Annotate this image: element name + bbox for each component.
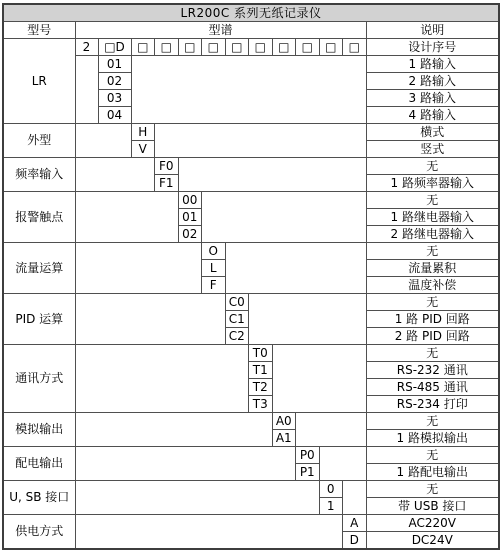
spec-row: 配电输出P0无 [3,447,499,464]
spectrum-filler [75,294,225,345]
spec-row: 011 路输入 [3,56,499,73]
section-label: 外型 [3,124,75,158]
code-cell: T1 [249,362,273,379]
description-cell: 1 路频率器输入 [366,175,499,192]
spectrum-filler [272,345,366,413]
description-cell: 4 路输入 [366,107,499,124]
section-label: 配电输出 [3,447,75,481]
design-square-cell: □ [178,39,202,56]
code-cell: 0 [319,481,343,498]
code-cell: 00 [178,192,202,209]
code-cell: O [202,243,226,260]
spectrum-filler [155,124,367,158]
title-row: LR200C 系列无纸记录仪 [3,4,499,22]
header-spectrum: 型谱 [75,22,366,39]
code-cell: V [131,141,155,158]
code-cell: 01 [178,209,202,226]
code-cell: A0 [272,413,296,430]
description-cell: 2 路输入 [366,73,499,90]
description-cell: 2 路 PID 回路 [366,328,499,345]
design-square-cell: □ [319,39,343,56]
description-cell: RS-485 通讯 [366,379,499,396]
section-label: 频率输入 [3,158,75,192]
description-cell: 无 [366,413,499,430]
section-label: 流量运算 [3,243,75,294]
code-cell: F0 [155,158,179,175]
description-cell: RS-234 打印 [366,396,499,413]
code-cell: A1 [272,430,296,447]
code-cell: 04 [98,107,131,124]
description-cell: 流量累积 [366,260,499,277]
spec-row: PID 运算C0无 [3,294,499,311]
section-label: U, SB 接口 [3,481,75,515]
description-cell: 无 [366,481,499,498]
model-spec-table: LR200C 系列无纸记录仪 型号 型谱 说明 LR2□D□□□□□□□□□□设… [2,3,500,550]
code-cell: F [202,277,226,294]
design-square-cell: □ [202,39,226,56]
section-label: 报警触点 [3,192,75,243]
description-cell: 温度补偿 [366,277,499,294]
spectrum-filler [131,56,366,124]
description-cell: 设计序号 [366,39,499,56]
spec-row: 报警触点00无 [3,192,499,209]
spectrum-filler [75,192,178,243]
code-cell: T0 [249,345,273,362]
spectrum-filler [75,515,343,550]
spectrum-filler [75,447,296,481]
code-cell: F1 [155,175,179,192]
spectrum-filler [75,413,272,447]
code-cell: L [202,260,226,277]
description-cell: 1 路模拟输出 [366,430,499,447]
description-cell: 2 路继电器输入 [366,226,499,243]
spec-row: 外型H横式 [3,124,499,141]
design-d-cell: □D [98,39,131,56]
page: LR200C 系列无纸记录仪 型号 型谱 说明 LR2□D□□□□□□□□□□设… [0,0,502,553]
description-cell: 无 [366,345,499,362]
code-cell: P0 [296,447,320,464]
spectrum-filler [178,158,366,192]
description-cell: 竖式 [366,141,499,158]
design-square-cell: □ [131,39,155,56]
table-title: LR200C 系列无纸记录仪 [3,4,499,22]
spectrum-filler [75,158,155,192]
description-cell: 1 路输入 [366,56,499,73]
design-square-cell: □ [296,39,320,56]
description-cell: 无 [366,158,499,175]
code-cell: C1 [225,311,249,328]
spectrum-filler [75,243,202,294]
code-cell: C0 [225,294,249,311]
code-cell: T2 [249,379,273,396]
code-cell: 03 [98,90,131,107]
spec-row: U, SB 接口0无 [3,481,499,498]
spectrum-filler [296,413,367,447]
code-cell: A [343,515,367,532]
header-model: 型号 [3,22,75,39]
description-cell: 横式 [366,124,499,141]
description-cell: 3 路输入 [366,90,499,107]
design-square-cell: □ [249,39,273,56]
description-cell: 1 路配电输出 [366,464,499,481]
section-label: PID 运算 [3,294,75,345]
design-square-cell: □ [343,39,367,56]
description-cell: AC220V [366,515,499,532]
section-label: 供电方式 [3,515,75,550]
section-label: 模拟输出 [3,413,75,447]
description-cell: DC24V [366,532,499,550]
spectrum-filler [319,447,366,481]
design-square-cell: □ [155,39,179,56]
column-header-row: 型号 型谱 说明 [3,22,499,39]
design-square-cell: □ [272,39,296,56]
description-cell: 无 [366,447,499,464]
code-cell: 01 [98,56,131,73]
code-cell: 02 [98,73,131,90]
design-square-cell: □ [225,39,249,56]
spec-row: 供电方式AAC220V [3,515,499,532]
spec-row: 流量运算O无 [3,243,499,260]
spectrum-filler [75,56,98,124]
description-cell: 1 路继电器输入 [366,209,499,226]
spectrum-filler [75,481,319,515]
description-cell: 带 USB 接口 [366,498,499,515]
code-cell: H [131,124,155,141]
design-serial-row: LR2□D□□□□□□□□□□设计序号 [3,39,499,56]
description-cell: 1 路 PID 回路 [366,311,499,328]
code-cell: T3 [249,396,273,413]
design-prefix-cell: 2 [75,39,98,56]
description-cell: RS-232 通讯 [366,362,499,379]
code-cell: 1 [319,498,343,515]
description-cell: 无 [366,294,499,311]
section-label: LR [3,39,75,124]
spectrum-filler [202,192,367,243]
spectrum-filler [225,243,366,294]
spec-row: 通讯方式T0无 [3,345,499,362]
section-label: 通讯方式 [3,345,75,413]
spectrum-filler [75,124,131,158]
spectrum-filler [249,294,367,345]
header-description: 说明 [366,22,499,39]
code-cell: D [343,532,367,550]
description-cell: 无 [366,243,499,260]
description-cell: 无 [366,192,499,209]
spec-row: 模拟输出A0无 [3,413,499,430]
spectrum-filler [75,345,249,413]
spectrum-filler [343,481,367,515]
code-cell: C2 [225,328,249,345]
code-cell: 02 [178,226,202,243]
spec-row: 频率输入F0无 [3,158,499,175]
code-cell: P1 [296,464,320,481]
